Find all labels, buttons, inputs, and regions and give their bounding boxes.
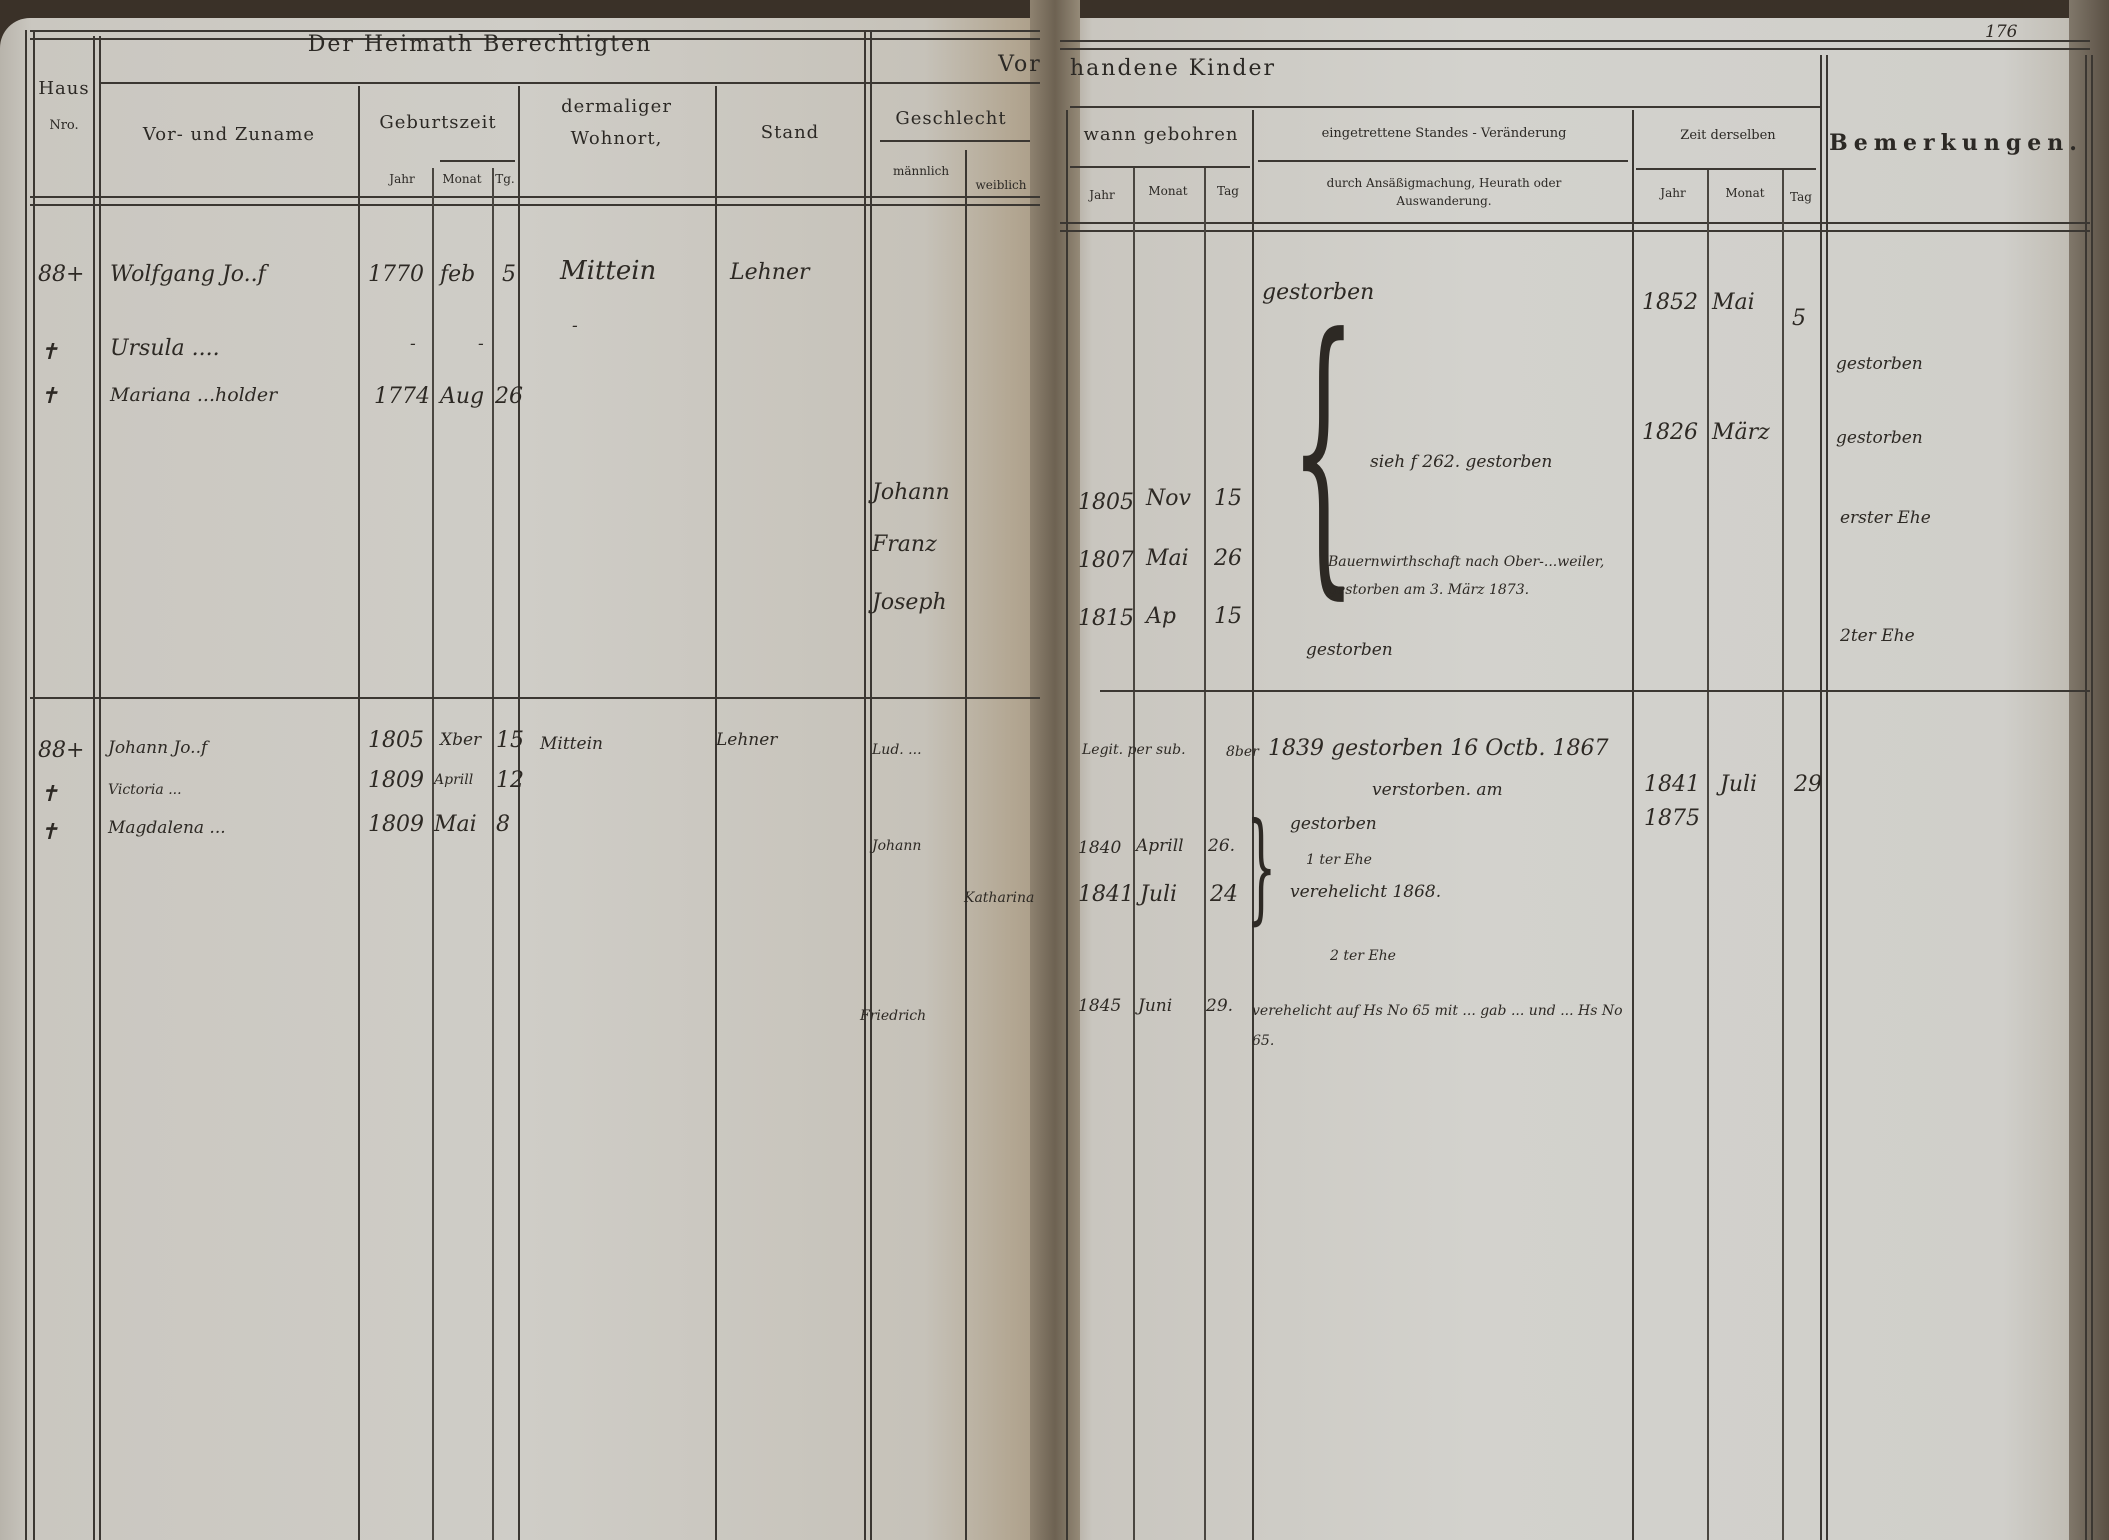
- entry1-change1-month: Mai: [1712, 290, 1755, 315]
- entry1-child2-year: 1807: [1078, 548, 1134, 573]
- group-header-rule-left: [100, 82, 1040, 84]
- remarks-col-rule: [1820, 55, 1822, 1540]
- entry2-person3-name: Magdalena ...: [108, 818, 226, 838]
- entry2-person1-month: Xber: [440, 730, 481, 750]
- entry2-residence: Mittein: [540, 734, 603, 754]
- entry2-child4-year: 1845: [1078, 996, 1121, 1016]
- entry2-person3-day: 8: [496, 812, 510, 837]
- child-birth-sub-rule: [1070, 166, 1250, 168]
- entry-divider-right: [1100, 690, 2090, 692]
- entry1-child2-change: Bauernwirthschaft nach Ober-...weiler, g…: [1328, 548, 1628, 604]
- group-vorhandene-kinder: handene Kinder: [1070, 56, 1300, 81]
- entry1-residence-ditto: -: [572, 316, 578, 336]
- entry1-person2-month: -: [478, 334, 484, 354]
- entry2-person3-month: Mai: [434, 812, 477, 837]
- entry2-change1-month: Juli: [1720, 772, 1757, 797]
- entry2-person2-name: Victoria ...: [108, 782, 182, 798]
- col-birth-month: Monat: [432, 172, 492, 186]
- entry1-person1-year: 1770: [368, 262, 424, 287]
- entry2-child2-month: Aprill: [1136, 836, 1184, 856]
- right-first-rule: [1066, 110, 1068, 1540]
- entry1-person3-month: Aug: [440, 384, 484, 409]
- entry1-change1-year: 1852: [1642, 290, 1698, 315]
- stand-col-rule: [864, 30, 866, 1540]
- header-bottom-left: [30, 196, 1040, 206]
- entry2-person3-year: 1809: [368, 812, 424, 837]
- right-border-2: [2091, 55, 2093, 1540]
- entry2-child1-male: Lud. ...: [872, 742, 922, 758]
- entry2-house-no: 88+: [38, 738, 84, 763]
- entry2-person3-mark: ✝: [40, 820, 58, 845]
- col-change-month: Monat: [1708, 186, 1782, 200]
- change-col-rule: [1632, 110, 1634, 1540]
- entry1-remark2: gestorben: [1836, 428, 1923, 448]
- child-year-rule: [1133, 168, 1135, 1540]
- entry2-child3-day: 24: [1210, 882, 1238, 907]
- entry2-child4-change: verehelicht auf Hs No 65 mit ... gab ...…: [1252, 996, 1632, 1056]
- entry2-change1-year: 1841: [1644, 772, 1700, 797]
- group-heimath-berechtigten: Der Heimath Berechtigten: [100, 32, 860, 57]
- entry2-ehe-note-2: 2 ter Ehe: [1330, 948, 1396, 964]
- top-border-right: [1060, 40, 2090, 50]
- entry2-child3-year: 1841: [1078, 882, 1134, 907]
- entry1-remark4: 2ter Ehe: [1840, 626, 1915, 646]
- haus-col-rule-2: [99, 36, 101, 1540]
- birth-col-rule: [518, 86, 520, 1540]
- left-border-inner: [33, 30, 35, 1540]
- change-date-sub-rule: [1636, 168, 1816, 170]
- entry1-person2-mark: ✝: [40, 340, 58, 365]
- entry2-person2-month: Aprill: [434, 772, 473, 788]
- entry1-child1-day: 15: [1214, 486, 1242, 511]
- entry1-person3-year: 1774: [374, 384, 430, 409]
- entry2-child2-day: 26.: [1208, 836, 1235, 856]
- col-child-year: Jahr: [1072, 188, 1132, 202]
- entry1-person2-name: Ursula ....: [110, 336, 220, 361]
- col-sex-male: männlich: [876, 164, 966, 178]
- col-child-month: Monat: [1133, 184, 1203, 198]
- col-change-year: Jahr: [1640, 186, 1706, 200]
- entry1-person3-day: 26: [495, 384, 523, 409]
- col-stand: Stand: [715, 122, 865, 143]
- col-remarks: Bemerkungen.: [1826, 130, 2086, 156]
- col-residence-2: Wohnort,: [518, 128, 715, 149]
- entry2-change2-year: 1875: [1644, 806, 1700, 831]
- entry1-child3-change: gestorben: [1306, 640, 1393, 660]
- entry2-change1-day: 29: [1794, 772, 1822, 797]
- entry2-ehe-note-1: 1 ter Ehe: [1306, 852, 1372, 868]
- col-residence-1: dermaliger: [518, 96, 715, 117]
- entry2-person1-name: Johann Jo..f: [108, 738, 207, 758]
- entry2-stand: Lehner: [716, 730, 777, 750]
- sex-sub-rule: [880, 140, 1030, 142]
- remarks-col-rule-2: [1826, 55, 1828, 1540]
- entry1-person3-name: Mariana ...holder: [110, 384, 277, 406]
- entry1-residence: Mittein: [560, 256, 656, 286]
- col-birth: Geburtszeit: [358, 112, 518, 133]
- col-name: Vor- und Zuname: [100, 124, 358, 145]
- entry2-child4-male: Friedrich: [860, 1008, 926, 1024]
- entry2-child3-month: Juli: [1140, 882, 1177, 907]
- entry1-child2-month: Mai: [1146, 546, 1189, 571]
- entry2-child2-change: gestorben: [1290, 814, 1377, 834]
- left-page: [0, 18, 1050, 1540]
- residence-col-rule: [715, 86, 717, 1540]
- col-sex: Geschlecht: [876, 108, 1026, 129]
- entry2-child2-male: Johann: [872, 838, 921, 854]
- col-change-day: Tag: [1782, 190, 1820, 204]
- col-status-change-sub-2: Auswanderung.: [1256, 194, 1632, 208]
- entry1-change1-day: 5: [1792, 306, 1806, 331]
- haus-col-rule: [93, 36, 95, 1540]
- entry2-person2-mark: ✝: [40, 782, 58, 807]
- col-birth-day: Tg.: [492, 172, 518, 186]
- entry1-child3-year: 1815: [1078, 606, 1134, 631]
- entry1-stand: Lehner: [730, 260, 810, 285]
- entry1-child3-male: Joseph: [872, 590, 947, 615]
- year-col-rule: [432, 168, 434, 1540]
- page-number: 176: [1985, 22, 2017, 42]
- entry1-change2-year: 1826: [1642, 420, 1698, 445]
- entry1-person3-mark: ✝: [40, 384, 58, 409]
- entry2-child1-change: 1839 gestorben 16 Octb. 1867: [1268, 736, 1608, 761]
- entry1-person1-day: 5: [502, 262, 516, 287]
- haus-label: Haus: [34, 78, 94, 99]
- entry2-person1-day: 15: [496, 728, 524, 753]
- entry1-person2-year: -: [410, 334, 416, 354]
- group-vorhandene-left: Vor: [990, 52, 1050, 77]
- entry1-change-mid: sieh f 262. gestorben: [1370, 452, 1570, 472]
- entry2-child2-year: 1840: [1078, 838, 1121, 858]
- change-year-rule: [1707, 170, 1709, 1540]
- right-border: [2085, 55, 2087, 1540]
- birth-sub-rule: [440, 160, 515, 162]
- sex-col-rule: [965, 150, 967, 1540]
- entry2-brace: }: [1246, 808, 1277, 928]
- entry2-child1-year: Legit. per sub.: [1082, 742, 1186, 758]
- col-status-change: eingetrettene Standes - Veränderung: [1256, 126, 1632, 141]
- entry2-person1-year: 1805: [368, 728, 424, 753]
- entry2-child3-female: Katharina: [964, 890, 1034, 906]
- col-sex-female: weiblich: [966, 178, 1036, 192]
- change-month-rule: [1782, 170, 1784, 1540]
- col-change-date: Zeit derselben: [1636, 128, 1820, 143]
- name-col-rule: [358, 86, 360, 1540]
- col-child-day: Tag: [1204, 184, 1252, 198]
- entry2-change-line2: verstorben. am: [1372, 780, 1503, 800]
- entry2-child1-day: 8ber: [1226, 744, 1259, 760]
- col-birth-year: Jahr: [372, 172, 432, 186]
- entry1-person1-month: feb: [440, 262, 475, 287]
- entry1-house-no: 88+: [38, 262, 84, 287]
- entry1-child3-day: 15: [1214, 604, 1242, 629]
- entry1-change2-month: März: [1712, 420, 1770, 445]
- entry1-child2-day: 26: [1214, 546, 1242, 571]
- left-border: [25, 30, 27, 1540]
- entry2-child3-change: verehelicht 1868.: [1290, 882, 1441, 902]
- nro-label: Nro.: [34, 118, 94, 133]
- entry1-child1-month: Nov: [1146, 486, 1191, 511]
- header-bottom-right: [1060, 222, 2090, 232]
- entry2-child4-month: Juni: [1138, 996, 1172, 1016]
- entry1-child3-month: Ap: [1146, 604, 1176, 629]
- right-page: [1050, 18, 2109, 1540]
- child-month-rule: [1204, 168, 1206, 1540]
- entry-divider-left: [30, 697, 1040, 699]
- month-col-rule: [492, 168, 494, 1540]
- change-sub-rule: [1258, 160, 1628, 162]
- entry2-person2-year: 1809: [368, 768, 424, 793]
- entry2-child4-day: 29.: [1206, 996, 1233, 1016]
- entry1-child1-year: 1805: [1078, 490, 1134, 515]
- entry2-person2-day: 12: [496, 768, 524, 793]
- group-header-rule-right: [1070, 106, 1820, 108]
- entry1-person1-name: Wolfgang Jo..f: [110, 262, 266, 287]
- col-child-birth: wann gebohren: [1070, 124, 1252, 145]
- col-status-change-sub-1: durch Ansäßigmachung, Heurath oder: [1256, 176, 1632, 190]
- entry1-child2-male: Franz: [872, 532, 937, 557]
- entry1-remark1: gestorben: [1836, 354, 1923, 374]
- entry1-child1-male: Johann: [872, 480, 950, 505]
- stand-col-rule-2: [870, 30, 872, 1540]
- entry1-remark3: erster Ehe: [1840, 508, 1931, 528]
